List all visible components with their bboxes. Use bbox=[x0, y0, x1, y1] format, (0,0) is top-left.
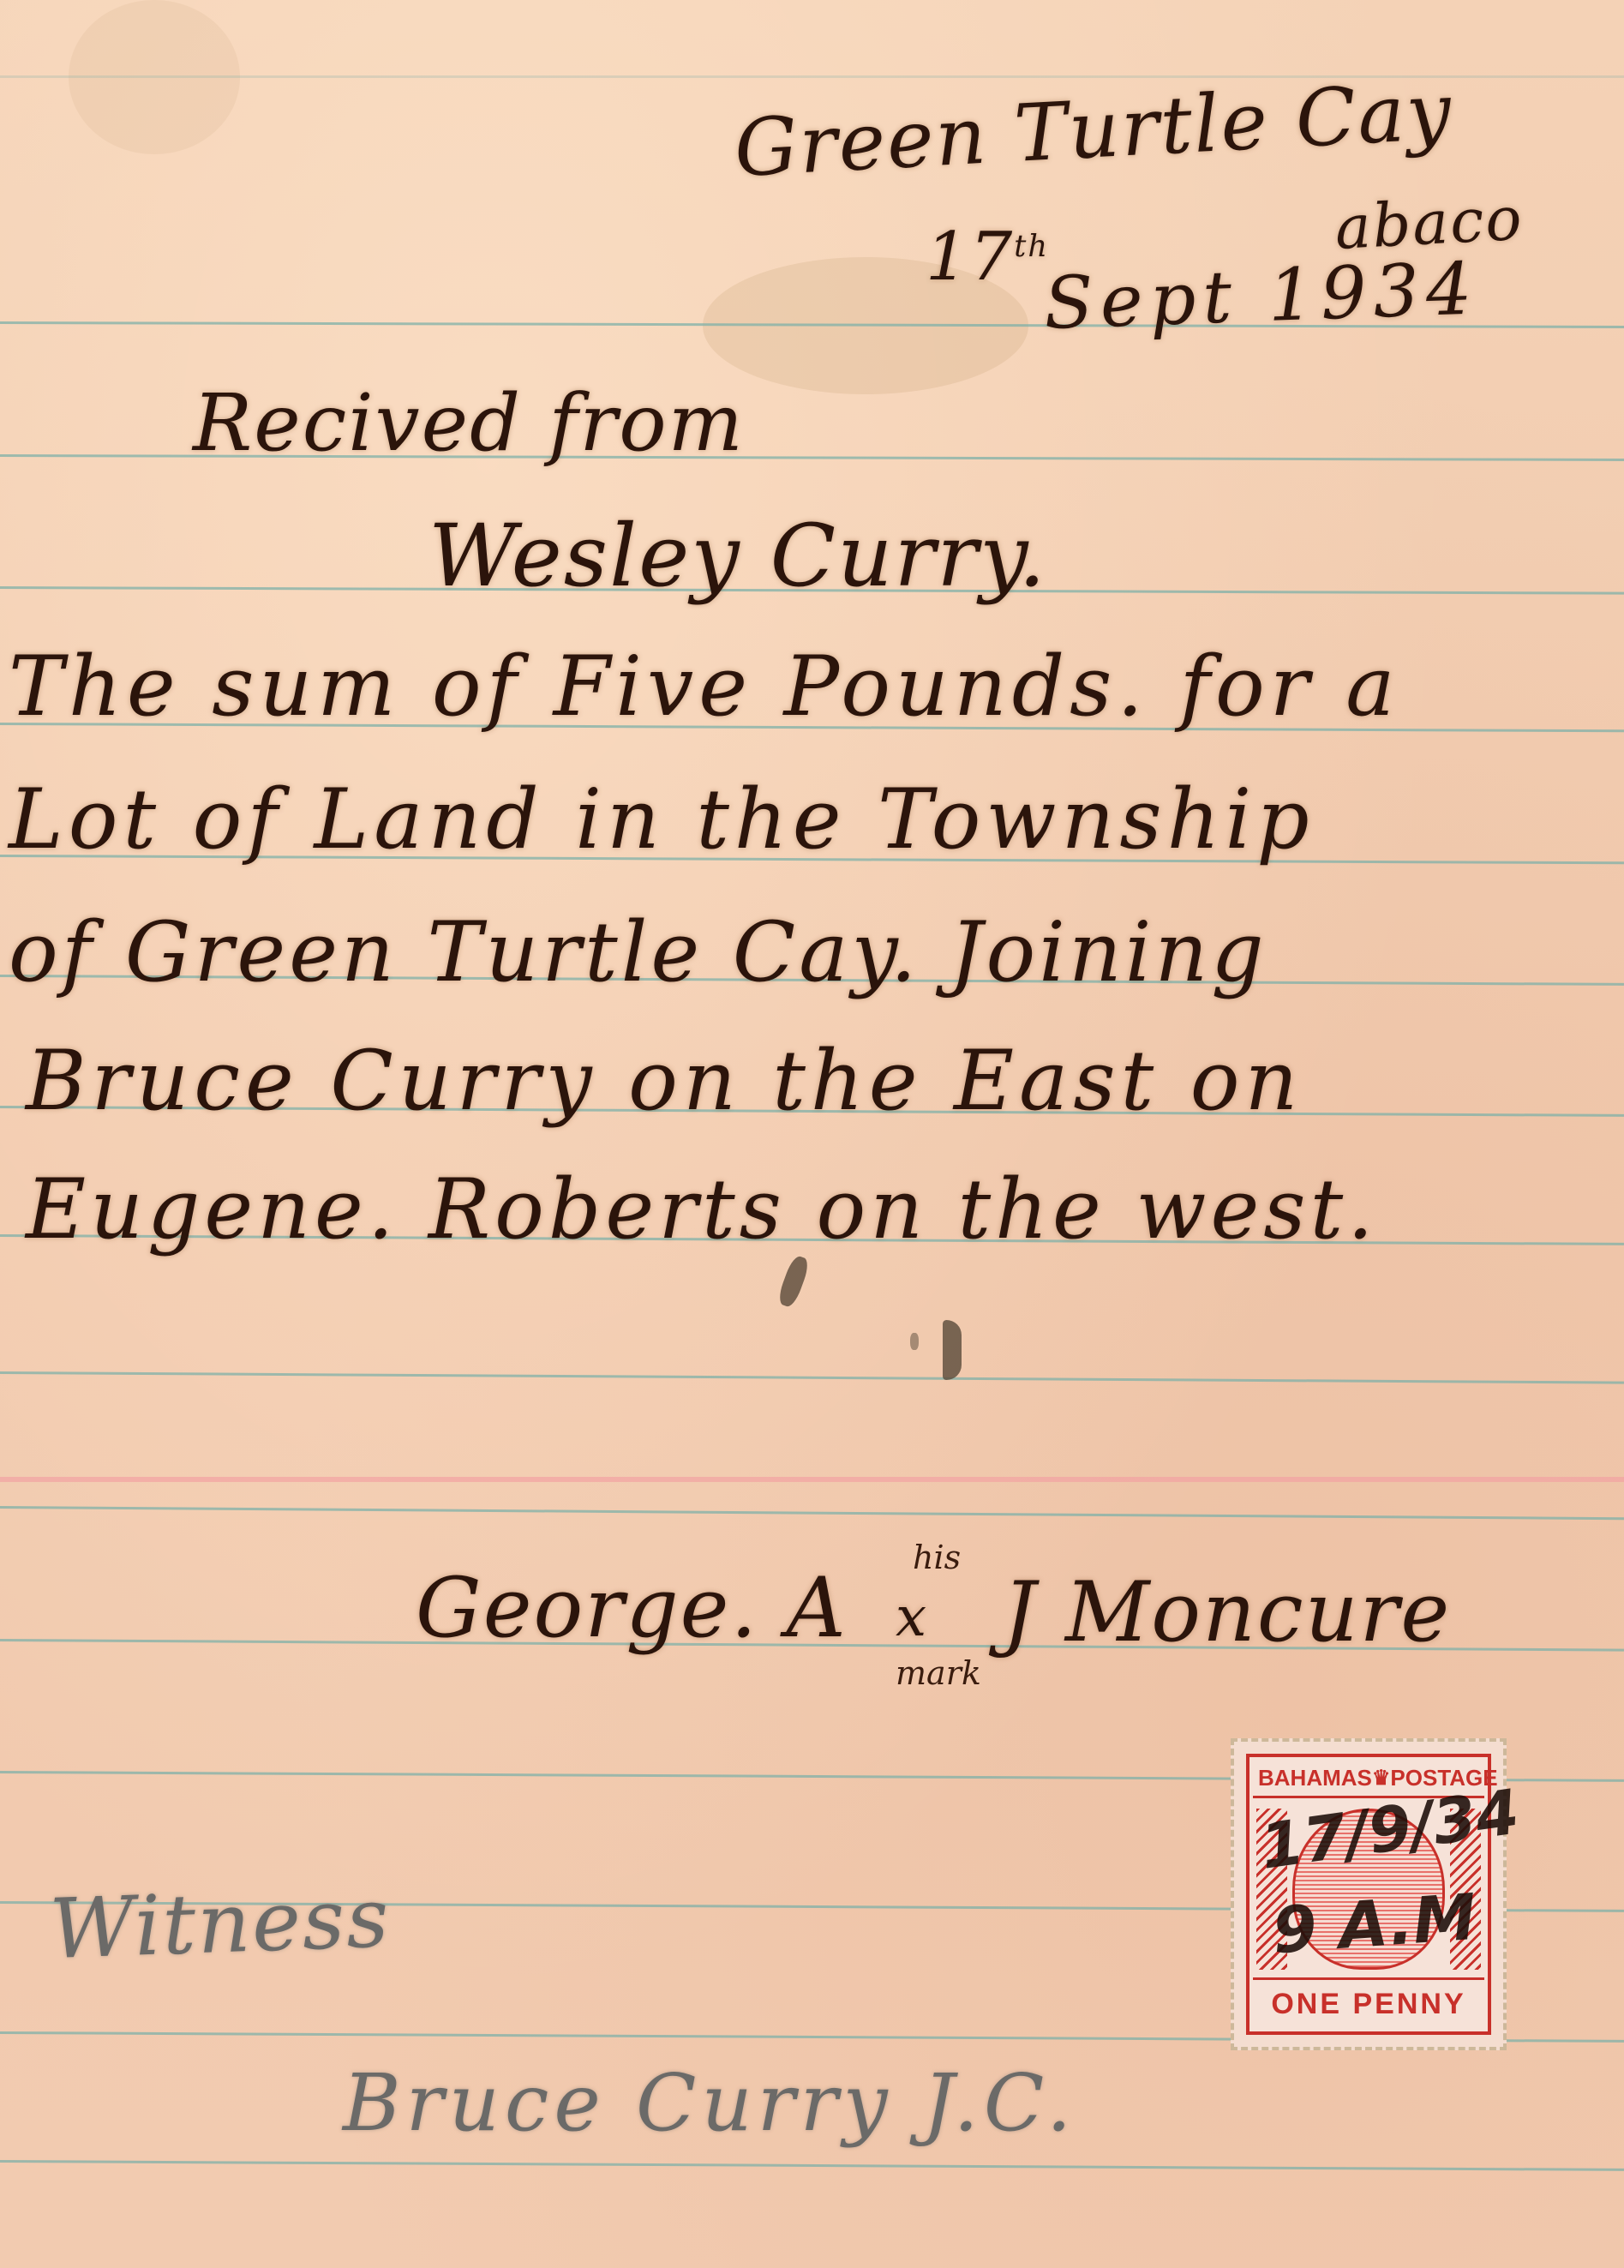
signature-mark-label: mark bbox=[896, 1654, 981, 1692]
witness-label: Witness bbox=[48, 1869, 392, 1977]
body-line-township: of Green Turtle Cay. Joining bbox=[9, 904, 1267, 1000]
margin-line bbox=[0, 1477, 1624, 1482]
ruled-line bbox=[0, 1371, 1624, 1384]
date-day-number: 17 bbox=[926, 219, 1014, 296]
signature-mark-x: x bbox=[896, 1586, 928, 1649]
body-line-received: Recived from bbox=[193, 377, 745, 469]
ink-blot bbox=[776, 1254, 811, 1309]
postage-stamp: BAHAMAS ♛ POSTAGE ONE PENNY 17/9/34 9 A.… bbox=[1231, 1738, 1507, 2050]
date-month-year: Sept 1934 bbox=[1043, 246, 1480, 345]
witness-name: Bruce Curry J.C. bbox=[343, 2057, 1076, 2149]
ink-blot bbox=[943, 1320, 962, 1380]
ruled-line bbox=[0, 2160, 1624, 2171]
signature-his: his bbox=[913, 1539, 961, 1576]
stamp-crown-icon: ♛ bbox=[1372, 1766, 1391, 1791]
date-day: 17th bbox=[926, 219, 1049, 296]
stamp-value: ONE PENNY bbox=[1253, 1977, 1484, 2028]
signature-last-name: J Moncure bbox=[1003, 1564, 1451, 1660]
place-line-1: Green Turtle Cay bbox=[732, 65, 1454, 195]
date-day-suffix: th bbox=[1014, 229, 1049, 264]
body-line-payer: Wesley Curry. bbox=[428, 506, 1047, 606]
body-line-lot: Lot of Land in the Township bbox=[9, 771, 1315, 867]
ruled-line bbox=[0, 1506, 1624, 1520]
receipt-paper: Green Turtle Cay abaco 17th Sept 1934 Re… bbox=[0, 0, 1624, 2268]
stamp-cancel-time: 9 A.M bbox=[1270, 1881, 1478, 1968]
body-line-sum: The sum of Five Pounds. for a bbox=[9, 639, 1399, 735]
signature-first-name: George. A bbox=[416, 1560, 848, 1656]
ink-blot bbox=[910, 1333, 919, 1350]
stamp-country: BAHAMAS bbox=[1258, 1765, 1372, 1791]
body-line-east: Bruce Curry on the East on bbox=[26, 1033, 1303, 1129]
body-line-west: Eugene. Roberts on the west. bbox=[26, 1161, 1378, 1257]
